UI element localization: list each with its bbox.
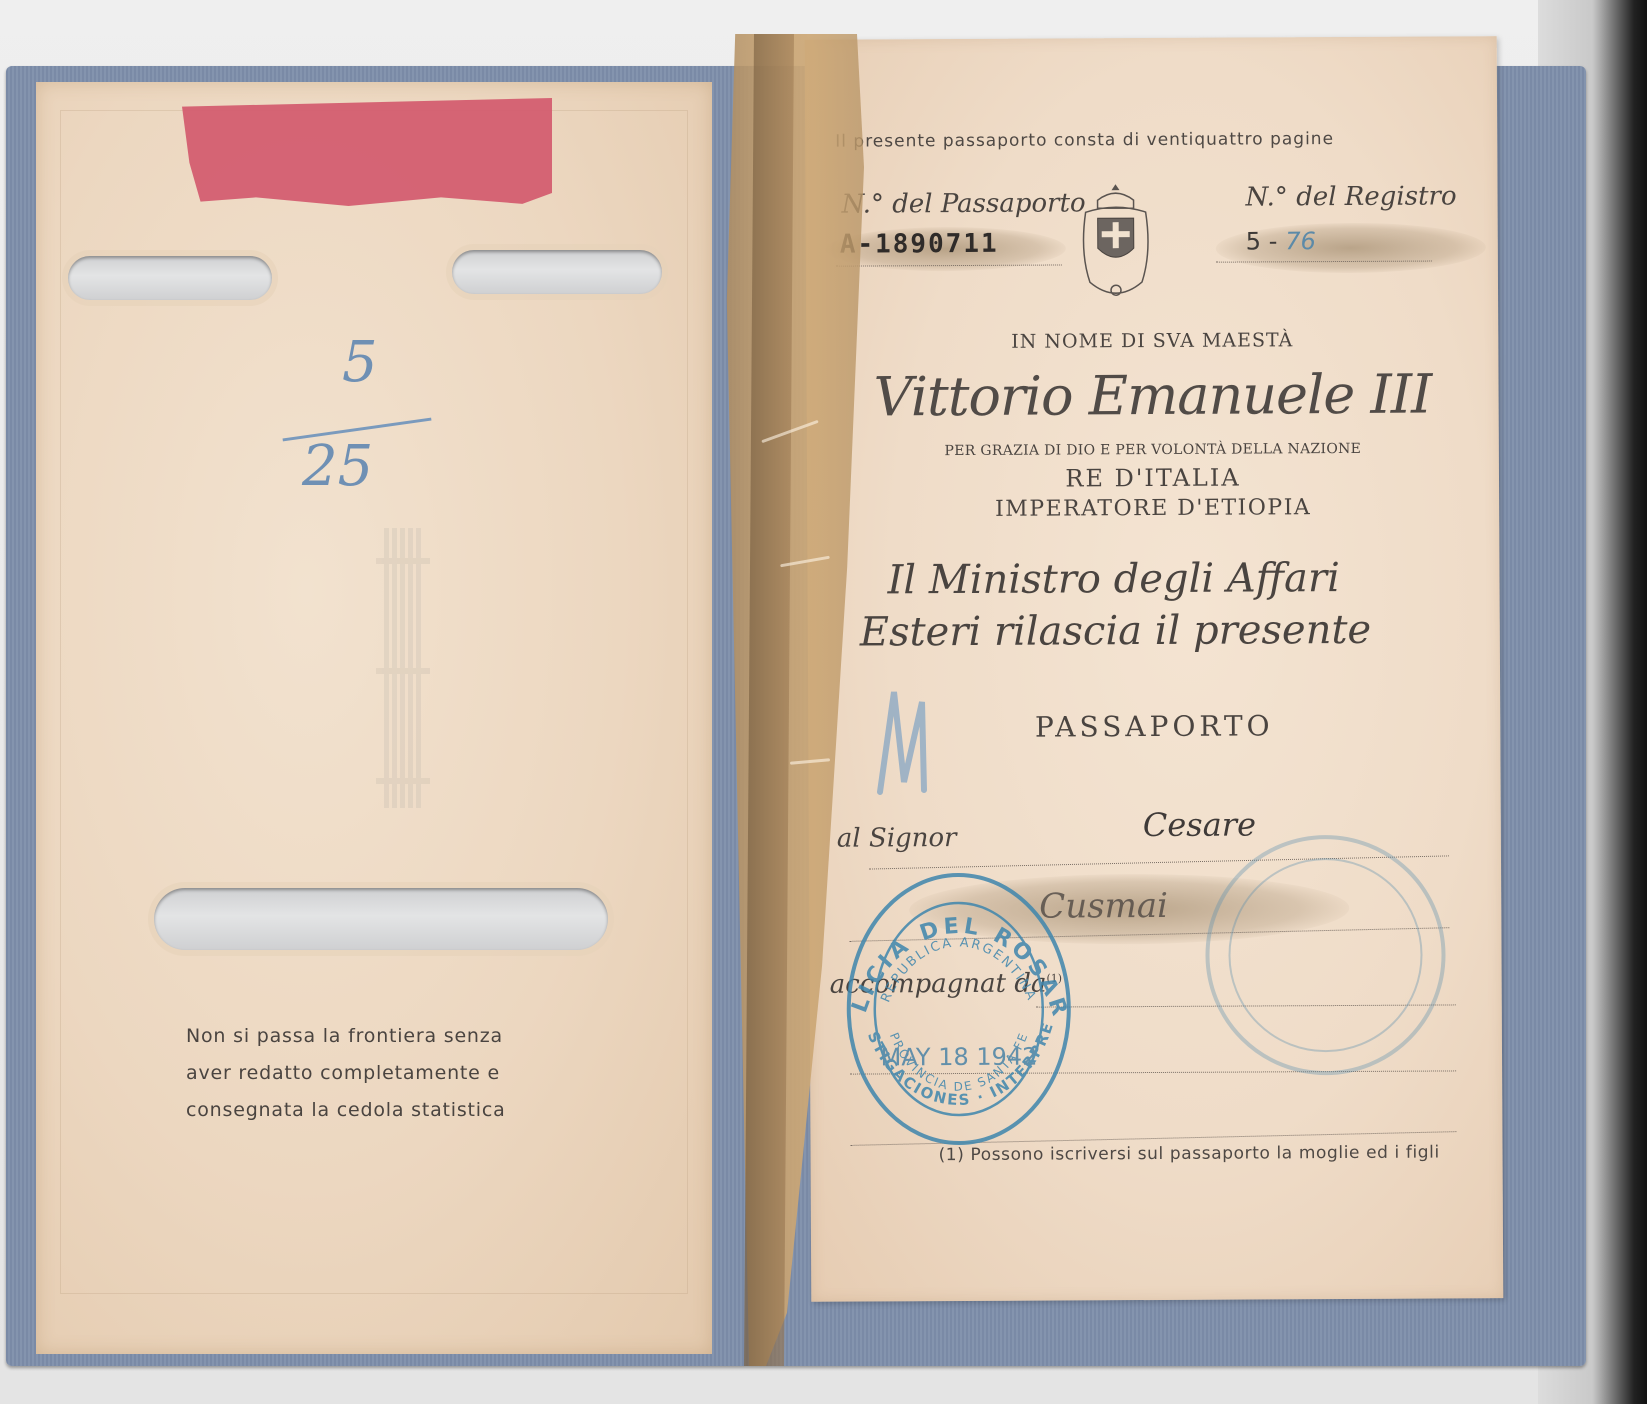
fasces-watermark-icon <box>380 528 426 808</box>
right-page: Il presente passaporto consta di ventiqu… <box>805 36 1504 1302</box>
stamp-date: MAY 18 1942 <box>881 1043 1038 1072</box>
imperatore-line: IMPERATORE D'ETIOPIA <box>807 494 1499 523</box>
rosario-police-stamp: POLICIA DEL ROSARIO REPUBLICA ARGENTINA … <box>843 868 1074 1149</box>
re-d-italia-line: RE D'ITALIA <box>807 462 1499 494</box>
register-number-label: N.° del Registro <box>1245 181 1456 212</box>
faint-stamp-icon <box>1201 830 1450 1079</box>
per-grazia-line: PER GRAZIA DI DIO E PER VOLONTÀ DELLA NA… <box>807 440 1499 460</box>
pencil-fraction: 5 25 <box>272 330 462 550</box>
register-number-handwritten: 76 <box>1285 227 1316 255</box>
savoy-coat-of-arms-icon <box>1075 178 1156 302</box>
passport-number: A-1890711 <box>840 229 999 260</box>
king-name: Vittorio Emanuele III <box>806 362 1498 429</box>
pencil-initial-mark <box>860 672 950 812</box>
in-nome-heading: IN NOME DI SVA MAESTÀ <box>806 328 1498 354</box>
die-cut-slot-large <box>154 888 608 950</box>
die-cut-slot <box>68 256 272 300</box>
notice-line: consegnata la cedola statistica <box>186 1092 646 1129</box>
fraction-denominator: 25 <box>302 434 373 499</box>
register-number: 5 -76 <box>1246 227 1316 255</box>
fraction-numerator: 5 <box>342 330 378 395</box>
notice-line: Non si passa la frontiera senza <box>186 1018 646 1055</box>
red-label-patch <box>182 98 552 206</box>
passport-number-label: N.° del Passaporto <box>841 188 1085 219</box>
ministro-line-1: Il Ministro degli Affari <box>887 555 1340 603</box>
register-number-printed: 5 - <box>1246 227 1278 255</box>
frontier-notice: Non si passa la frontiera senza aver red… <box>186 1018 646 1129</box>
die-cut-slot <box>452 250 662 294</box>
al-signor-label: al Signor <box>837 823 957 854</box>
page-count-line: Il presente passaporto consta di ventiqu… <box>835 129 1334 152</box>
ministro-line-2: Esteri rilascia il presente <box>860 607 1372 656</box>
left-page: 5 25 Non si passa la frontiera senza ave… <box>36 82 712 1354</box>
notice-line: aver redatto completamente e <box>186 1055 646 1092</box>
